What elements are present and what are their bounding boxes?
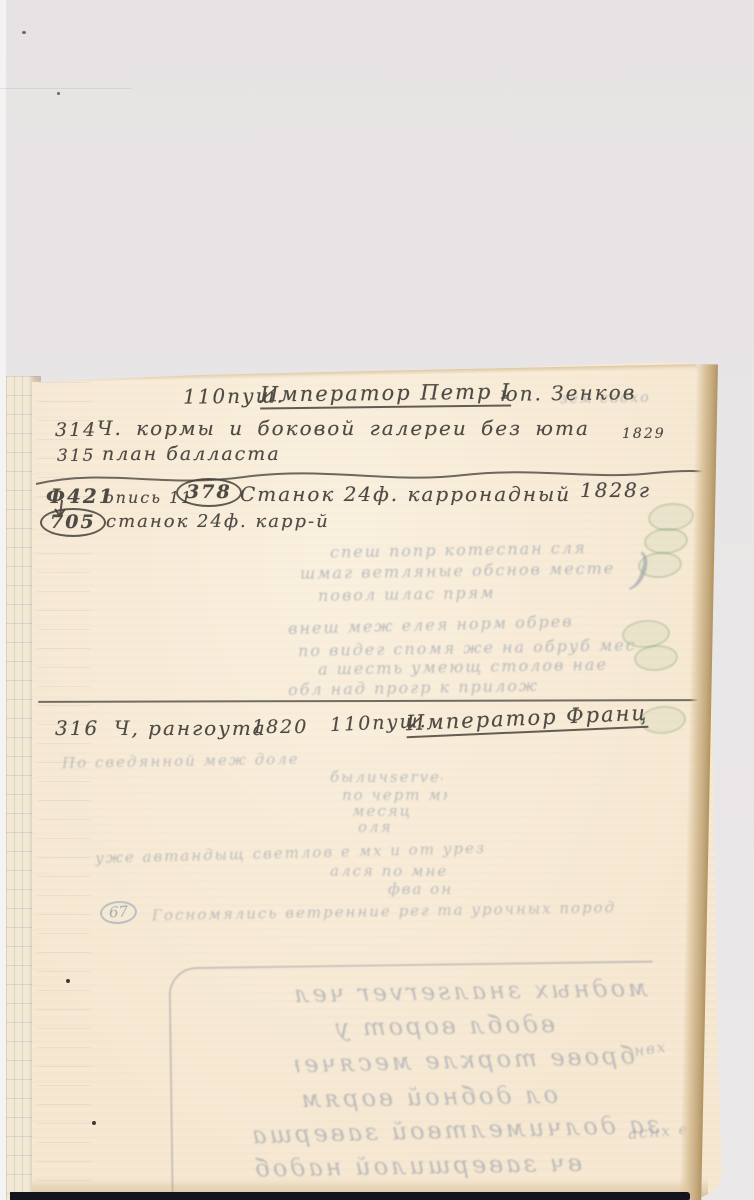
bleed-line: Госномялись ветренние рег та урочных пор… xyxy=(152,898,652,925)
bleed-line: спеш попр котеспан сля xyxy=(330,537,630,561)
entry-314-desc: Ч. кормы и боковой галереи без юта xyxy=(97,416,590,440)
entry-314-year: 1829 xyxy=(622,426,666,442)
bleed-mirrored-line: вдобл ворот у xyxy=(325,1010,555,1042)
dust-speck xyxy=(57,92,60,95)
entry-314-number: 314 xyxy=(55,419,97,441)
entry-316-desc: Ч, рангоута xyxy=(114,716,267,740)
bleed-line: обл над прогр к прилож xyxy=(288,676,558,700)
archive-number2-circled: 705 xyxy=(40,508,106,537)
header-ship-name: Император Петр I xyxy=(260,379,512,409)
bleed-mirrored-line: ол добной ворям xyxy=(298,1081,558,1114)
archive-desc2: станок 24ф. карр-й xyxy=(106,511,330,532)
bleed-line: По сведянной меж доле xyxy=(62,750,297,772)
notebook-paper: зем свохо 110пуш. Император Петр I юп. З… xyxy=(0,0,754,1200)
bleed-line: фва он xyxy=(388,880,480,898)
bleed-line: повол шлас прям xyxy=(318,582,558,605)
ink-dot xyxy=(66,979,70,983)
bleed-line: быличserved xyxy=(330,768,442,786)
archive-number-circled: 378 xyxy=(176,478,242,507)
entry-316-year: 1820 xyxy=(252,716,308,738)
scan-bottom-dark-strip xyxy=(10,1192,690,1200)
dust-speck xyxy=(22,31,26,34)
entry-316-number: 316 xyxy=(55,716,99,740)
header-captain: юп. Зенков xyxy=(500,380,637,406)
bleed-line: внеш меж елея норм обрев xyxy=(288,609,678,638)
margin-circled-number: 67 xyxy=(99,900,138,926)
ink-dot xyxy=(92,1121,96,1125)
bleed-line: оля xyxy=(358,818,416,836)
header2-ship-name: Император Франц xyxy=(406,701,649,739)
bleed-line: шмаг ветляные обснов месте xyxy=(300,558,640,583)
bleed-line: ался по мне xyxy=(330,862,480,880)
scanned-notebook-page: зем свохо 110пуш. Император Петр I юп. З… xyxy=(0,0,754,1200)
archive-year: 1828г xyxy=(580,478,651,502)
archive-desc: Станок 24ф. карронадный xyxy=(240,482,571,506)
scanner-seam-line xyxy=(0,88,132,89)
